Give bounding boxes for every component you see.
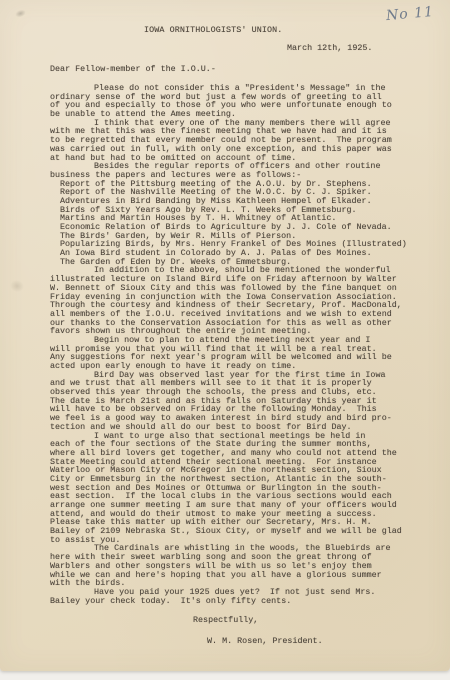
letter-page: No 11 IOWA ORNITHOLOGISTS' UNION. March …: [0, 0, 450, 671]
pencil-smudge-top-left: [14, 8, 27, 18]
letterhead-title: IOWA ORNITHOLOGISTS' UNION.: [144, 25, 282, 35]
letter-body: Please do not consider this a "President…: [50, 84, 422, 605]
salutation: Dear Fellow-member of the I.O.U.-: [50, 64, 216, 74]
letter-line: Bailey your check today. It's only fifty…: [50, 597, 422, 606]
photo-backdrop: { "colors": { "paper": "#e9ddc5", "ink":…: [0, 0, 450, 680]
closing: Respectfully,: [193, 615, 258, 625]
paper-stain-left: [9, 278, 26, 293]
signature: W. M. Rosen, President.: [207, 636, 323, 646]
handwritten-page-number: No 11: [385, 4, 434, 24]
letter-date: March 12th, 1925.: [287, 43, 372, 53]
